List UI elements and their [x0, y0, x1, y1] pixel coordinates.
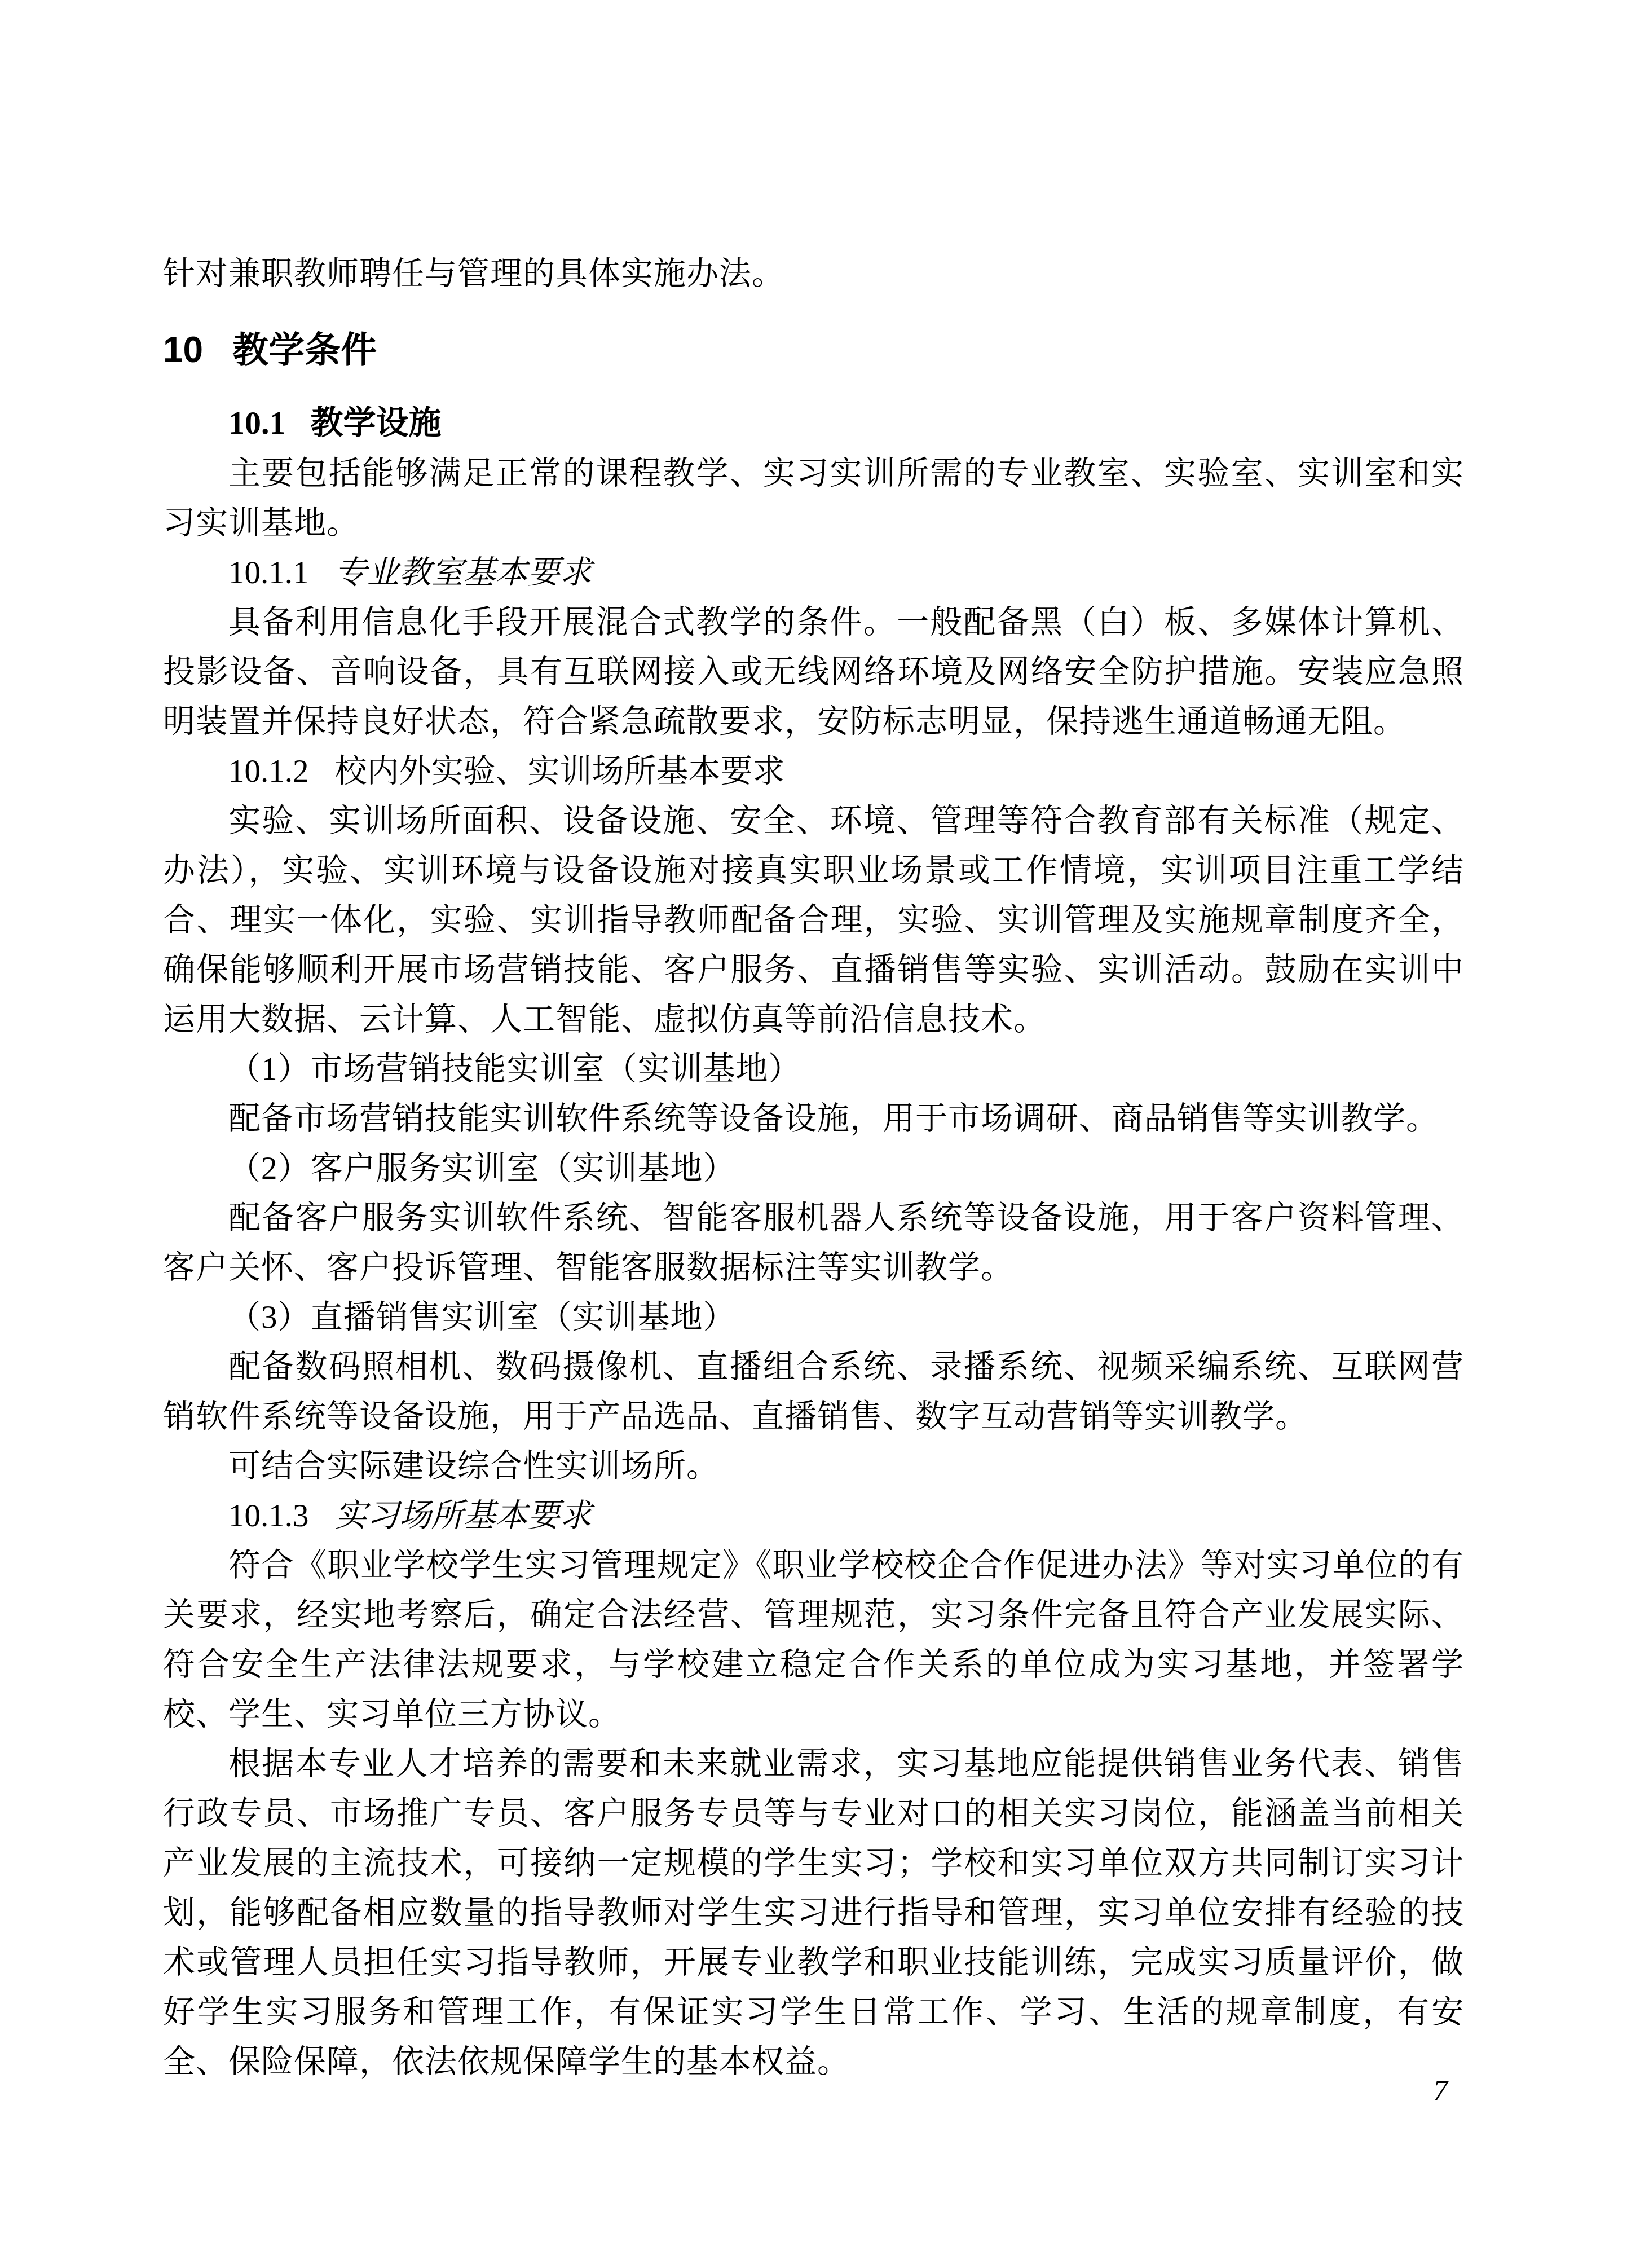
subsub-number: 10.1.3 — [228, 1498, 309, 1534]
list-item-label: （3）直播销售实训室（实训基地） — [163, 1293, 1464, 1342]
subsub-heading-10-1-1: 10.1.1专业教室基本要求 — [163, 548, 1464, 598]
subsection-title: 教学设施 — [311, 404, 442, 441]
subsection-number: 10.1 — [228, 404, 286, 441]
paragraph-10-1-3-body2: 根据本专业人才培养的需要和未来就业需求，实习基地应能提供销售业务代表、销售行政专… — [163, 1739, 1464, 2087]
paragraph-10-1-1-body: 具备利用信息化手段开展混合式教学的条件。一般配备黑（白）板、多媒体计算机、投影设… — [163, 598, 1464, 747]
paragraph-10-1-2-body: 实验、实训场所面积、设备设施、安全、环境、管理等符合教育部有关标准（规定、办法）… — [163, 796, 1464, 1045]
list-item-label: （2）客户服务实训室（实训基地） — [163, 1144, 1464, 1194]
subsub-number: 10.1.1 — [228, 555, 309, 591]
subsection-heading-10-1: 10.1教学设施 — [163, 397, 1464, 449]
list-item-body: 配备市场营销技能实训软件系统等设备设施，用于市场调研、商品销售等实训教学。 — [163, 1094, 1464, 1144]
subsub-number: 10.1.2 — [228, 754, 309, 789]
list-item-body: 配备客户服务实训软件系统、智能客服机器人系统等设备设施，用于客户资料管理、客户关… — [163, 1194, 1464, 1293]
subsub-heading-10-1-3: 10.1.3实习场所基本要求 — [163, 1491, 1464, 1541]
subsub-title: 校内外实验、实训场所基本要求 — [335, 754, 785, 789]
section-title: 教学条件 — [232, 329, 377, 370]
section-heading-10: 10教学条件 — [163, 327, 1464, 372]
subsub-heading-10-1-2: 10.1.2校内外实验、实训场所基本要求 — [163, 747, 1464, 796]
section-number: 10 — [163, 329, 203, 370]
subsub-title: 专业教室基本要求 — [335, 555, 592, 591]
page-number: 7 — [1433, 2075, 1448, 2108]
paragraph-10-1-2-note: 可结合实际建设综合性实训场所。 — [163, 1442, 1464, 1491]
paragraph-10-1-intro: 主要包括能够满足正常的课程教学、实习实训所需的专业教室、实验室、实训室和实习实训… — [163, 449, 1464, 548]
paragraph-10-1-3-body1: 符合《职业学校学生实习管理规定》《职业学校校企合作促进办法》等对实习单位的有关要… — [163, 1541, 1464, 1739]
paragraph-continuation: 针对兼职教师聘任与管理的具体实施办法。 — [163, 249, 1464, 299]
list-item-body: 配备数码照相机、数码摄像机、直播组合系统、录播系统、视频采编系统、互联网营销软件… — [163, 1342, 1464, 1442]
document-page: 针对兼职教师聘任与管理的具体实施办法。 10教学条件 10.1教学设施 主要包括… — [0, 0, 1627, 2268]
page-content: 针对兼职教师聘任与管理的具体实施办法。 10教学条件 10.1教学设施 主要包括… — [163, 249, 1464, 2087]
subsub-title: 实习场所基本要求 — [335, 1498, 592, 1534]
list-item-label: （1）市场营销技能实训室（实训基地） — [163, 1045, 1464, 1094]
